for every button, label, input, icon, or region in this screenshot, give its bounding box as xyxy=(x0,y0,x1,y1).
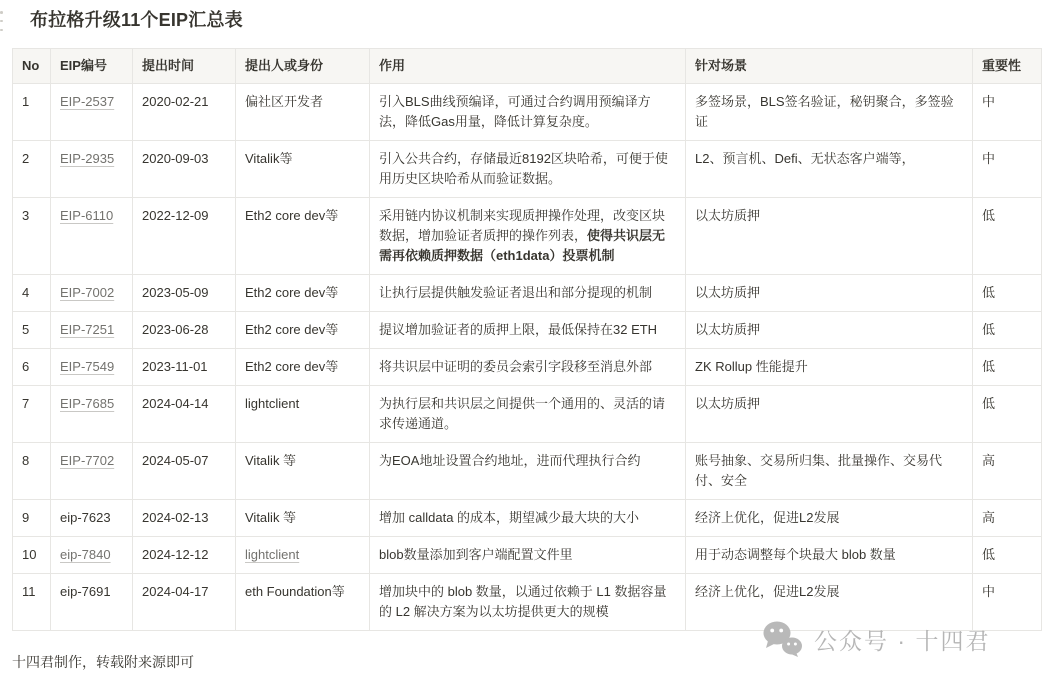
proposal-date: 2024-12-12 xyxy=(133,537,236,574)
proposer-text: Vitalik 等 xyxy=(245,453,296,468)
eip-cell: EIP-2935 xyxy=(51,141,133,198)
eip-link[interactable]: EIP-2537 xyxy=(60,94,114,109)
footer-note: 十四君制作，转载附来源即可 xyxy=(12,652,194,672)
proposal-date: 2024-05-07 xyxy=(133,443,236,500)
effect-text: 增加块中的 blob 数量，以通过依赖于 L1 数据容量的 L2 解决方案为以太… xyxy=(379,584,667,619)
proposal-date: 2024-02-13 xyxy=(133,500,236,537)
importance-level: 中 xyxy=(973,84,1042,141)
table-row: 9eip-76232024-02-13Vitalik 等增加 calldata … xyxy=(13,500,1042,537)
scenario-cell: 账号抽象、交易所归集、批量操作、交易代付、安全 xyxy=(686,443,973,500)
proposer-link[interactable]: lightclient xyxy=(245,547,299,562)
effect-text: 引入BLS曲线预编译，可通过合约调用预编译方法，降低Gas用量，降低计算复杂度。 xyxy=(379,94,651,129)
importance-level: 低 xyxy=(973,386,1042,443)
scenario-cell: 以太坊质押 xyxy=(686,312,973,349)
importance-level: 低 xyxy=(973,275,1042,312)
eip-link[interactable]: EIP-7685 xyxy=(60,396,114,411)
effect-text: 让执行层提供触发验证者退出和部分提现的机制 xyxy=(379,285,652,300)
eip-link[interactable]: eip-7840 xyxy=(60,547,111,562)
row-no: 6 xyxy=(13,349,51,386)
importance-level: 低 xyxy=(973,312,1042,349)
effect-text: 为执行层和共识层之间提供一个通用的、灵活的请求传递通道。 xyxy=(379,396,665,431)
table-row: 1EIP-25372020-02-21偏社区开发者引入BLS曲线预编译，可通过合… xyxy=(13,84,1042,141)
column-header: 作用 xyxy=(370,49,686,84)
scenario-cell: 以太坊质押 xyxy=(686,386,973,443)
proposer-text: Vitalik 等 xyxy=(245,510,296,525)
scenario-cell: 用于动态调整每个块最大 blob 数量 xyxy=(686,537,973,574)
proposer-cell: Eth2 core dev等 xyxy=(236,275,370,312)
proposer-cell: Vitalik 等 xyxy=(236,443,370,500)
row-no: 11 xyxy=(13,574,51,631)
effect-text: 增加 calldata 的成本，期望减少最大块的大小 xyxy=(379,510,639,525)
proposal-date: 2020-09-03 xyxy=(133,141,236,198)
scenario-cell: L2、预言机、Defi、无状态客户端等， xyxy=(686,141,973,198)
eip-link[interactable]: EIP-2935 xyxy=(60,151,114,166)
importance-level: 高 xyxy=(973,443,1042,500)
column-header: 提出时间 xyxy=(133,49,236,84)
proposer-cell: eth Foundation等 xyxy=(236,574,370,631)
eip-link[interactable]: EIP-7251 xyxy=(60,322,114,337)
proposal-date: 2023-06-28 xyxy=(133,312,236,349)
proposal-date: 2023-11-01 xyxy=(133,349,236,386)
scenario-cell: 多签场景，BLS签名验证，秘钥聚合，多签验证 xyxy=(686,84,973,141)
proposer-text: eth Foundation等 xyxy=(245,584,345,599)
eip-cell: EIP-7002 xyxy=(51,275,133,312)
scenario-cell: ZK Rollup 性能提升 xyxy=(686,349,973,386)
column-header: EIP编号 xyxy=(51,49,133,84)
row-no: 8 xyxy=(13,443,51,500)
effect-text: 为EOA地址设置合约地址，进而代理执行合约 xyxy=(379,453,640,468)
effect-cell: 增加 calldata 的成本，期望减少最大块的大小 xyxy=(370,500,686,537)
scenario-cell: 以太坊质押 xyxy=(686,198,973,275)
effect-text: 将共识层中证明的委员会索引字段移至消息外部 xyxy=(379,359,652,374)
importance-level: 低 xyxy=(973,198,1042,275)
effect-cell: 增加块中的 blob 数量，以通过依赖于 L1 数据容量的 L2 解决方案为以太… xyxy=(370,574,686,631)
table-row: 6EIP-75492023-11-01Eth2 core dev等将共识层中证明… xyxy=(13,349,1042,386)
row-no: 4 xyxy=(13,275,51,312)
effect-cell: 采用链内协议机制来实现质押操作处理，改变区块数据，增加验证者质押的操作列表，使得… xyxy=(370,198,686,275)
row-no: 7 xyxy=(13,386,51,443)
row-no: 10 xyxy=(13,537,51,574)
eip-cell: EIP-2537 xyxy=(51,84,133,141)
eip-cell: EIP-7549 xyxy=(51,349,133,386)
proposer-text: Eth2 core dev等 xyxy=(245,359,338,374)
importance-level: 低 xyxy=(973,349,1042,386)
effect-cell: 引入BLS曲线预编译，可通过合约调用预编译方法，降低Gas用量，降低计算复杂度。 xyxy=(370,84,686,141)
column-header: No xyxy=(13,49,51,84)
eip-cell: EIP-7702 xyxy=(51,443,133,500)
eip-cell: eip-7840 xyxy=(51,537,133,574)
table-row: 7EIP-76852024-04-14lightclient为执行层和共识层之间… xyxy=(13,386,1042,443)
eip-cell: eip-7623 xyxy=(51,500,133,537)
table-row: 8EIP-77022024-05-07Vitalik 等为EOA地址设置合约地址… xyxy=(13,443,1042,500)
eip-link[interactable]: EIP-7002 xyxy=(60,285,114,300)
importance-level: 中 xyxy=(973,141,1042,198)
eip-cell: EIP-7251 xyxy=(51,312,133,349)
effect-cell: 为EOA地址设置合约地址，进而代理执行合约 xyxy=(370,443,686,500)
proposer-cell: Eth2 core dev等 xyxy=(236,312,370,349)
proposal-date: 2022-12-09 xyxy=(133,198,236,275)
eip-cell: EIP-7685 xyxy=(51,386,133,443)
table-row: 2EIP-29352020-09-03Vitalik等引入公共合约，存储最近81… xyxy=(13,141,1042,198)
proposal-date: 2020-02-21 xyxy=(133,84,236,141)
eip-link[interactable]: EIP-6110 xyxy=(60,208,113,223)
proposer-text: Vitalik等 xyxy=(245,151,292,166)
effect-cell: 让执行层提供触发验证者退出和部分提现的机制 xyxy=(370,275,686,312)
row-no: 2 xyxy=(13,141,51,198)
table-row: 4EIP-70022023-05-09Eth2 core dev等让执行层提供触… xyxy=(13,275,1042,312)
proposer-text: 偏社区开发者 xyxy=(245,94,323,109)
table-row: 10eip-78402024-12-12lightclientblob数量添加到… xyxy=(13,537,1042,574)
page-title: 布拉格升级11个EIP汇总表 xyxy=(30,6,243,32)
effect-text: 引入公共合约，存储最近8192区块哈希，可便于使用历史区块哈希从而验证数据。 xyxy=(379,151,668,186)
eip-link[interactable]: EIP-7549 xyxy=(60,359,114,374)
column-header: 重要性 xyxy=(973,49,1042,84)
column-header: 提出人或身份 xyxy=(236,49,370,84)
eip-cell: eip-7691 xyxy=(51,574,133,631)
proposer-cell: Eth2 core dev等 xyxy=(236,349,370,386)
proposal-date: 2024-04-14 xyxy=(133,386,236,443)
importance-level: 低 xyxy=(973,537,1042,574)
scenario-cell: 以太坊质押 xyxy=(686,275,973,312)
effect-cell: 为执行层和共识层之间提供一个通用的、灵活的请求传递通道。 xyxy=(370,386,686,443)
proposer-cell: Vitalik 等 xyxy=(236,500,370,537)
row-no: 3 xyxy=(13,198,51,275)
effect-cell: 将共识层中证明的委员会索引字段移至消息外部 xyxy=(370,349,686,386)
table-row: 5EIP-72512023-06-28Eth2 core dev等提议增加验证者… xyxy=(13,312,1042,349)
row-no: 9 xyxy=(13,500,51,537)
eip-summary-table: NoEIP编号提出时间提出人或身份作用针对场景重要性 1EIP-25372020… xyxy=(12,48,1042,631)
proposer-text: Eth2 core dev等 xyxy=(245,285,338,300)
effect-cell: blob数量添加到客户端配置文件里 xyxy=(370,537,686,574)
watermark: 公众号 · 十四君 xyxy=(762,620,990,658)
proposer-cell: 偏社区开发者 xyxy=(236,84,370,141)
eip-link[interactable]: EIP-7702 xyxy=(60,453,114,468)
proposer-cell: Vitalik等 xyxy=(236,141,370,198)
eip-text: eip-7691 xyxy=(60,584,111,599)
row-no: 1 xyxy=(13,84,51,141)
table-row: 3EIP-61102022-12-09Eth2 core dev等采用链内协议机… xyxy=(13,198,1042,275)
effect-text: 提议增加验证者的质押上限，最低保持在32 ETH xyxy=(379,322,657,337)
eip-text: eip-7623 xyxy=(60,510,111,525)
effect-text: blob数量添加到客户端配置文件里 xyxy=(379,547,573,562)
proposer-text: Eth2 core dev等 xyxy=(245,322,338,337)
proposal-date: 2024-04-17 xyxy=(133,574,236,631)
importance-level: 高 xyxy=(973,500,1042,537)
table-header: NoEIP编号提出时间提出人或身份作用针对场景重要性 xyxy=(13,49,1042,84)
effect-cell: 引入公共合约，存储最近8192区块哈希，可便于使用历史区块哈希从而验证数据。 xyxy=(370,141,686,198)
drag-handle-icon[interactable] xyxy=(0,11,6,31)
proposer-text: Eth2 core dev等 xyxy=(245,208,338,223)
eip-cell: EIP-6110 xyxy=(51,198,133,275)
column-header: 针对场景 xyxy=(686,49,973,84)
proposer-text: lightclient xyxy=(245,396,299,411)
watermark-text: 公众号 · 十四君 xyxy=(814,623,990,656)
proposer-cell: lightclient xyxy=(236,537,370,574)
proposal-date: 2023-05-09 xyxy=(133,275,236,312)
proposer-cell: lightclient xyxy=(236,386,370,443)
proposer-cell: Eth2 core dev等 xyxy=(236,198,370,275)
row-no: 5 xyxy=(13,312,51,349)
wechat-icon xyxy=(762,620,804,658)
scenario-cell: 经济上优化，促进L2发展 xyxy=(686,500,973,537)
effect-cell: 提议增加验证者的质押上限，最低保持在32 ETH xyxy=(370,312,686,349)
